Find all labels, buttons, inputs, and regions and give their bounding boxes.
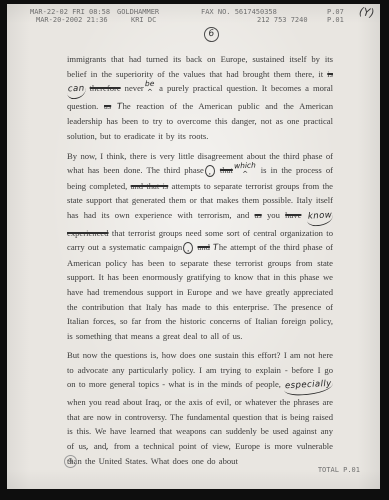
- struck-text: have: [285, 210, 301, 220]
- typed-text: you: [262, 210, 285, 220]
- fax-header: MAR-22-02 FRI 08:58 GOLDHAMMER FAX NO. 5…: [7, 8, 380, 30]
- struck-text: as: [255, 210, 262, 220]
- handwritten-edit-underlined: especially: [284, 377, 334, 396]
- struck-text: that: [220, 165, 233, 175]
- scanned-fax-page: MAR-22-02 FRI 08:58 GOLDHAMMER FAX NO. 5…: [7, 4, 380, 489]
- struck-text: experienced: [67, 228, 109, 238]
- inserted-word-above: be: [145, 77, 155, 92]
- header-page-number-1: P.07: [327, 8, 344, 16]
- header-timestamp-2: MAR-20-2002 21:36: [36, 16, 108, 24]
- header-sender-2: KRI DC: [131, 16, 156, 24]
- bottom-left-stamp: 9: [64, 455, 77, 468]
- typed-text: immigrants that had turned its back on E…: [67, 54, 333, 79]
- circled-page-number: 6: [203, 26, 219, 42]
- struck-text: and that is: [131, 181, 169, 191]
- inserted-word-above: which: [234, 159, 256, 174]
- handwritten-edit-underlined: can: [67, 82, 86, 100]
- struck-text: therefore: [90, 83, 121, 93]
- fax-screenshot: { "fax_header": { "line1": { "timestamp"…: [0, 0, 389, 500]
- typed-text: never: [121, 83, 144, 93]
- paragraph: But now the questions is, how does one s…: [67, 348, 333, 469]
- handwritten-y-mark: (Y): [358, 5, 375, 20]
- handwritten-edit: T: [117, 100, 123, 115]
- typed-text: he attempt of the third phase of America…: [67, 242, 333, 341]
- header-sender-1: GOLDHAMMER: [117, 8, 159, 16]
- handwritten-edit-underlined: know: [306, 208, 333, 226]
- struck-text: is: [327, 69, 333, 79]
- header-page-number-2: P.01: [327, 16, 344, 24]
- handwritten-edit: T: [213, 241, 219, 256]
- typed-text: and: [89, 441, 106, 451]
- paragraph: By now, I think, there is very little di…: [67, 149, 333, 344]
- paragraph: immigrants that had turned its back on E…: [67, 52, 333, 144]
- document-body: immigrants that had turned its back on E…: [67, 52, 333, 474]
- circled-punctuation: ,: [205, 165, 215, 177]
- circled-punctuation: ,: [183, 242, 193, 254]
- struck-text: and: [198, 242, 210, 252]
- total-page-label: TOTAL P.01: [318, 466, 360, 474]
- header-fax-number-2: 212 753 7240: [257, 16, 308, 24]
- header-fax-number-1: FAX NO. 5617450358: [201, 8, 277, 16]
- header-timestamp-1: MAR-22-02 FRI 08:58: [30, 8, 110, 16]
